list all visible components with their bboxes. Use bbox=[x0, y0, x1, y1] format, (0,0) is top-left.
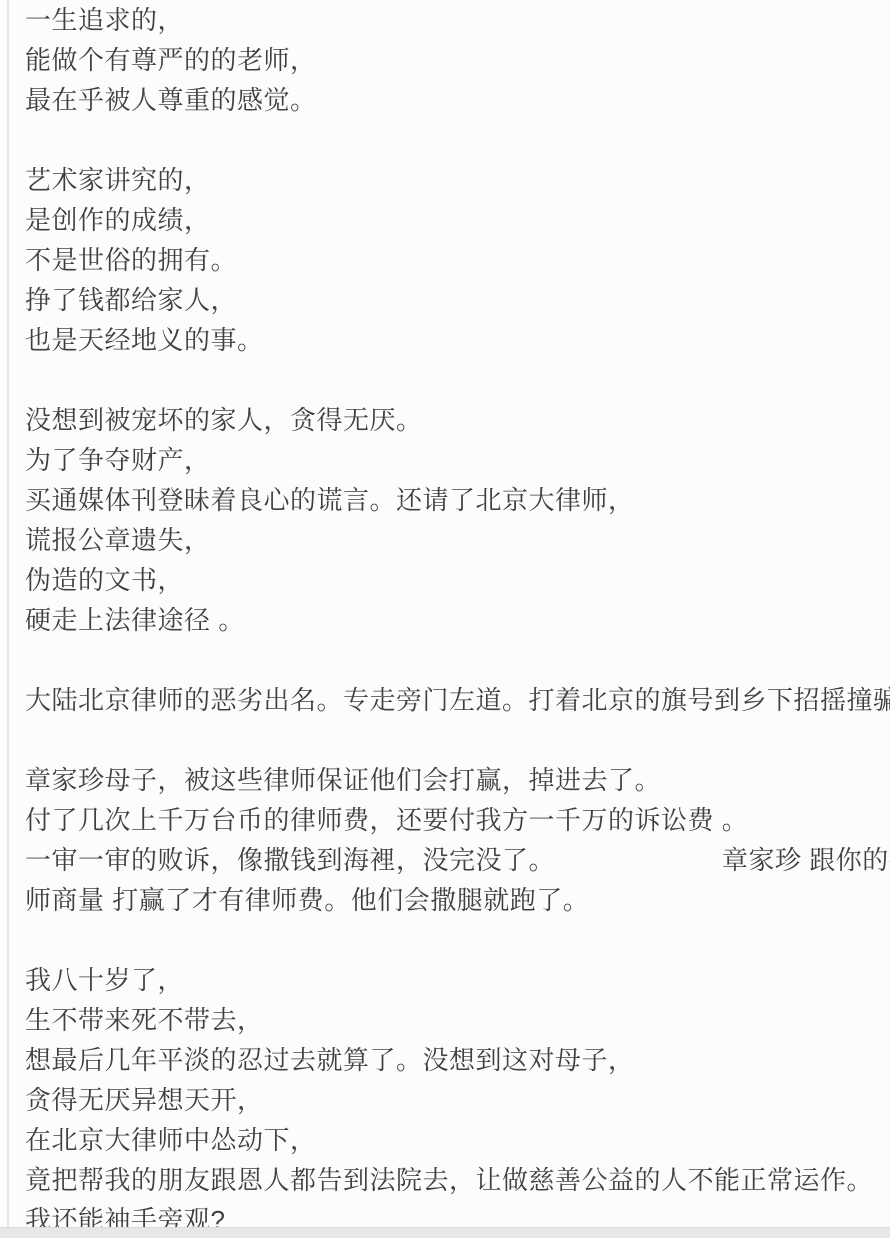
text-line: 谎报公章遗失， bbox=[25, 520, 890, 560]
text-line-left-segment: 一审一审的败诉，像撒钱到海裡，没完没了。 bbox=[25, 845, 555, 875]
text-line: 没想到被宠坏的家人，贪得无厌。 bbox=[25, 400, 890, 440]
text-line: 也是天经地义的事。 bbox=[25, 320, 890, 360]
text-line: 大陆北京律师的恶劣出名。专走旁门左道。打着北京的旗号到乡下招摇撞骗。 bbox=[25, 680, 890, 720]
document-text: 一生追求的，能做个有尊严的的老师，最在乎被人尊重的感觉。艺术家讲究的，是创作的成… bbox=[25, 0, 890, 1238]
blank-line bbox=[25, 640, 890, 680]
text-line: 不是世俗的拥有。 bbox=[25, 240, 890, 280]
text-line: 在北京大律师中怂动下， bbox=[25, 1120, 890, 1160]
text-line: 我八十岁了， bbox=[25, 960, 890, 1000]
text-line: 艺术家讲究的， bbox=[25, 160, 890, 200]
blank-line bbox=[25, 920, 890, 960]
text-line: 竟把帮我的朋友跟恩人都告到法院去，让做慈善公益的人不能正常运作。 bbox=[25, 1160, 890, 1200]
text-line: 一生追求的， bbox=[25, 0, 890, 40]
text-line: 能做个有尊严的的老师， bbox=[25, 40, 890, 80]
text-line: 一审一审的败诉，像撒钱到海裡，没完没了。章家珍 跟你的律 bbox=[25, 840, 890, 880]
blank-line bbox=[25, 720, 890, 760]
text-line: 买通媒体刊登昧着良心的谎言。还请了北京大律师， bbox=[25, 480, 890, 520]
text-line: 付了几次上千万台币的律师费，还要付我方一千万的诉讼费 。 bbox=[25, 800, 890, 840]
text-line: 硬走上法律途径 。 bbox=[25, 600, 890, 640]
text-line: 是创作的成绩， bbox=[25, 200, 890, 240]
text-line: 最在乎被人尊重的感觉。 bbox=[25, 80, 890, 120]
blank-line bbox=[25, 360, 890, 400]
blank-line bbox=[25, 120, 890, 160]
text-line: 为了争夺财产， bbox=[25, 440, 890, 480]
left-margin-rule bbox=[7, 0, 9, 1230]
text-line: 想最后几年平淡的忍过去就算了。没想到这对母子， bbox=[25, 1040, 890, 1080]
text-line: 章家珍母子，被这些律师保证他们会打赢，掉进去了。 bbox=[25, 760, 890, 800]
text-line: 生不带来死不带去， bbox=[25, 1000, 890, 1040]
text-line: 贪得无厌异想天开， bbox=[25, 1080, 890, 1120]
text-line: 挣了钱都给家人， bbox=[25, 280, 890, 320]
bottom-edge-bar bbox=[0, 1227, 890, 1238]
text-line-right-segment: 章家珍 跟你的律 bbox=[722, 840, 890, 880]
text-line: 伪造的文书， bbox=[25, 560, 890, 600]
text-line: 师商量 打赢了才有律师费。他们会撒腿就跑了。 bbox=[25, 880, 890, 920]
